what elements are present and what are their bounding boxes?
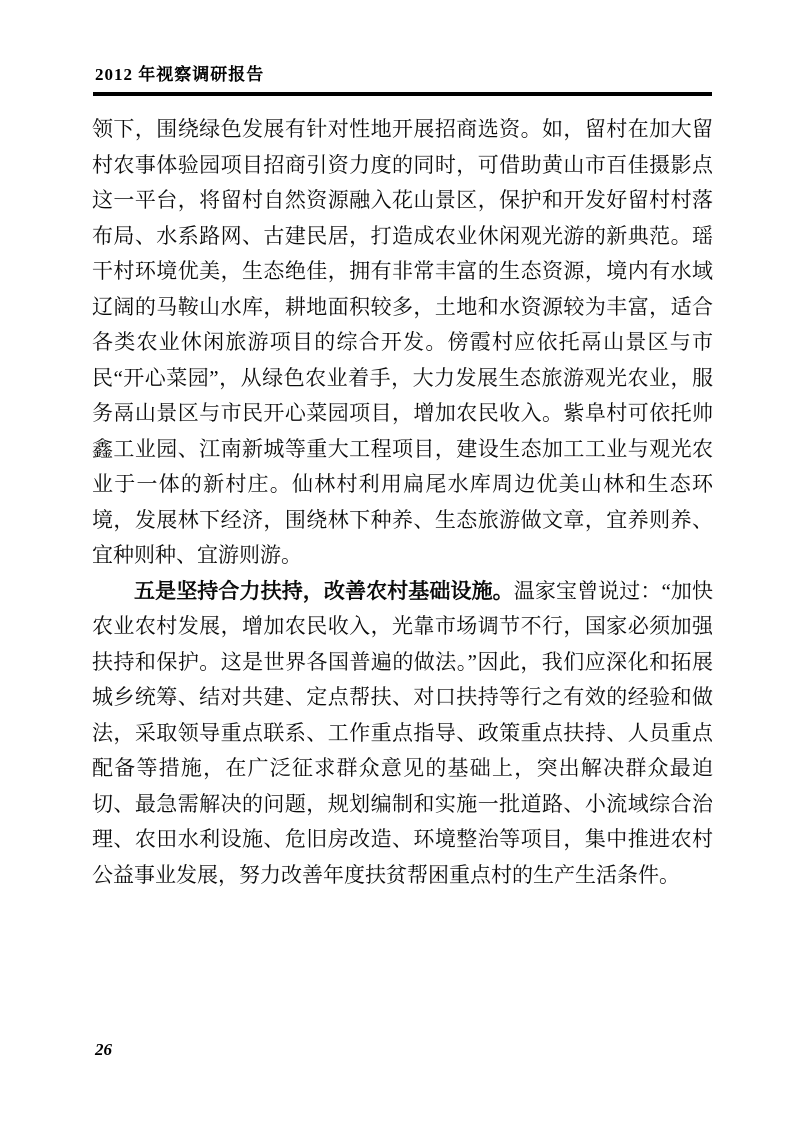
report-header-title: 2012 年视察调研报告	[95, 60, 264, 85]
page-number: 26	[95, 1040, 112, 1060]
paragraph-1: 领下，围绕绿色发展有针对性地开展招商选资。如，留村在加大留村农事体验园项目招商引…	[92, 112, 713, 574]
header-rule-divider	[93, 92, 712, 96]
paragraph-1-text: 领下，围绕绿色发展有针对性地开展招商选资。如，留村在加大留村农事体验园项目招商引…	[92, 117, 713, 567]
document-body: 领下，围绕绿色发展有针对性地开展招商选资。如，留村在加大留村农事体验园项目招商引…	[92, 112, 713, 893]
document-page: 2012 年视察调研报告 领下，围绕绿色发展有针对性地开展招商选资。如，留村在加…	[0, 0, 803, 1133]
paragraph-2: 五是坚持合力扶持，改善农村基础设施。温家宝曾说过：“加快农业农村发展，增加农民收…	[92, 574, 713, 894]
paragraph-2-bold-lead: 五是坚持合力扶持，改善农村基础设施。	[134, 579, 514, 603]
paragraph-2-text: 温家宝曾说过：“加快农业农村发展，增加农民收入，光靠市场调节不行，国家必须加强扶…	[92, 579, 713, 887]
